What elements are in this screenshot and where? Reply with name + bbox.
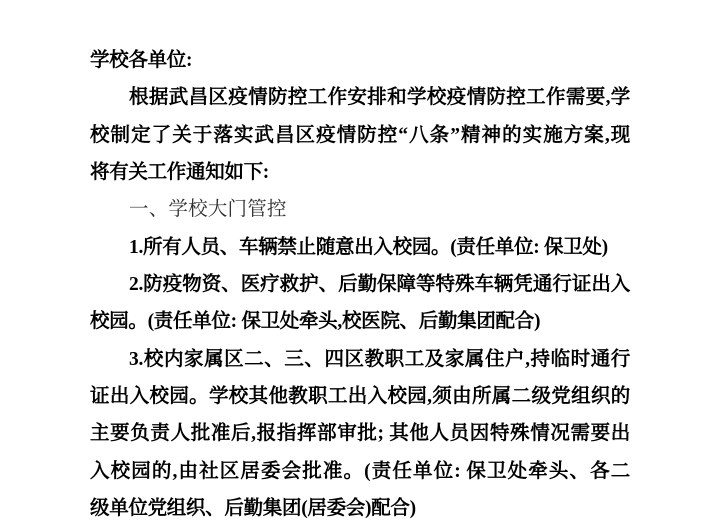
item-3-line-2: 证出入校园。学校其他教职工出入校园,须由所属二级党组织的	[90, 378, 630, 415]
intro-paragraph-line-3: 将有关工作通知如下:	[90, 154, 630, 191]
section-heading-gate-control: 一、学校大门管控	[90, 191, 630, 228]
intro-paragraph-line-1: 根据武昌区疫情防控工作安排和学校疫情防控工作需要,学	[90, 79, 630, 116]
item-3-line-1: 3.校内家属区二、三、四区教职工及家属住户,持临时通行	[90, 341, 630, 378]
item-1-line: 1.所有人员、车辆禁止随意出入校园。(责任单位: 保卫处)	[90, 229, 630, 266]
salutation-line: 学校各单位:	[90, 42, 630, 79]
item-3-line-3: 主要负责人批准后,报指挥部审批; 其他人员因特殊情况需要出	[90, 415, 630, 452]
intro-paragraph-line-2: 校制定了关于落实武昌区疫情防控“八条”精神的实施方案,现	[90, 117, 630, 154]
document-page: 学校各单位: 根据武昌区疫情防控工作安排和学校疫情防控工作需要,学 校制定了关于…	[90, 42, 630, 521]
item-2-line-2: 校园。(责任单位: 保卫处牵头,校医院、后勤集团配合)	[90, 303, 630, 340]
item-3-line-5: 级单位党组织、后勤集团(居委会)配合)	[90, 490, 630, 521]
item-3-line-4: 入校园的,由社区居委会批准。(责任单位: 保卫处牵头、各二	[90, 453, 630, 490]
item-2-line-1: 2.防疫物资、医疗救护、后勤保障等特殊车辆凭通行证出入	[90, 266, 630, 303]
